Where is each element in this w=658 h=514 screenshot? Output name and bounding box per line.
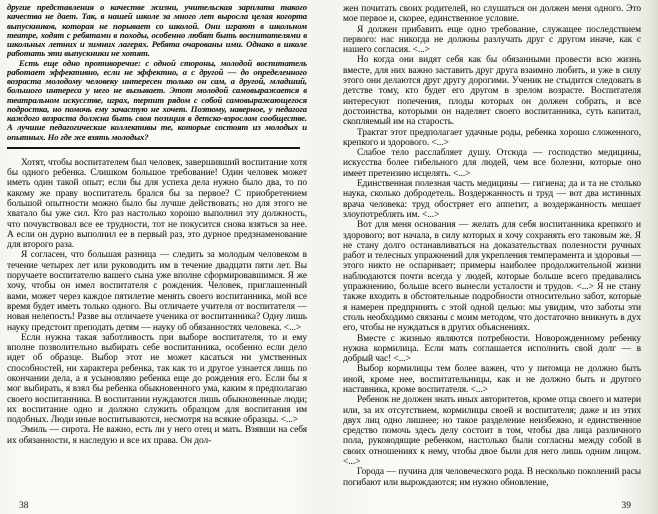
section-divider — [7, 147, 300, 149]
body-paragraph: Слабое тело расслабляет душу. Отсюда — г… — [343, 148, 641, 179]
body-paragraph: Я согласен, что большая разница — следит… — [7, 250, 307, 332]
body-paragraph: Если нужна такая заботливость при выборе… — [7, 333, 307, 426]
body-paragraph: Вместе с жизнью являются потребности. Но… — [343, 334, 641, 365]
body-paragraph: Города — пучина для человеческого рода. … — [343, 467, 641, 488]
body-paragraph: Ребенок не должен знать иных авторитетов… — [343, 395, 641, 467]
page-right: жен почитать своих родителей, но слушать… — [343, 0, 641, 514]
body-paragraph: Выбор кормилицы тем более важен, что у п… — [343, 364, 641, 395]
body-text-right: жен почитать своих родителей, но слушать… — [343, 4, 641, 488]
body-paragraph: жен почитать своих родителей, но слушать… — [343, 4, 641, 25]
commentary-paragraph: другие представления о качестве жизни, у… — [7, 3, 307, 59]
body-paragraph: Хотят, чтобы воспитателем был человек, з… — [7, 158, 307, 251]
commentary-paragraph: Есть еще одно противоречие: с одной стор… — [7, 59, 307, 142]
page-number-left: 38 — [19, 501, 29, 511]
body-paragraph: Но когда они видят себя как бы обязанным… — [343, 55, 641, 127]
commentary-block: другие представления о качестве жизни, у… — [7, 3, 307, 142]
page-number-right: 39 — [622, 501, 632, 511]
body-text-left: Хотят, чтобы воспитателем был человек, з… — [7, 158, 307, 446]
page-left: другие представления о качестве жизни, у… — [7, 0, 307, 514]
body-paragraph: Вот для меня основания — желать для себя… — [343, 220, 641, 333]
body-paragraph: Трактат этот предполагает удачные роды, … — [343, 128, 641, 149]
book-spread: другие представления о качестве жизни, у… — [0, 0, 658, 514]
body-paragraph: Единственная полезная часть медицины — г… — [343, 179, 641, 220]
body-paragraph: Я должен прибавить еще одно требование, … — [343, 25, 641, 56]
body-paragraph: Эмиль — сирота. Не важно, есть ли у него… — [7, 425, 307, 446]
